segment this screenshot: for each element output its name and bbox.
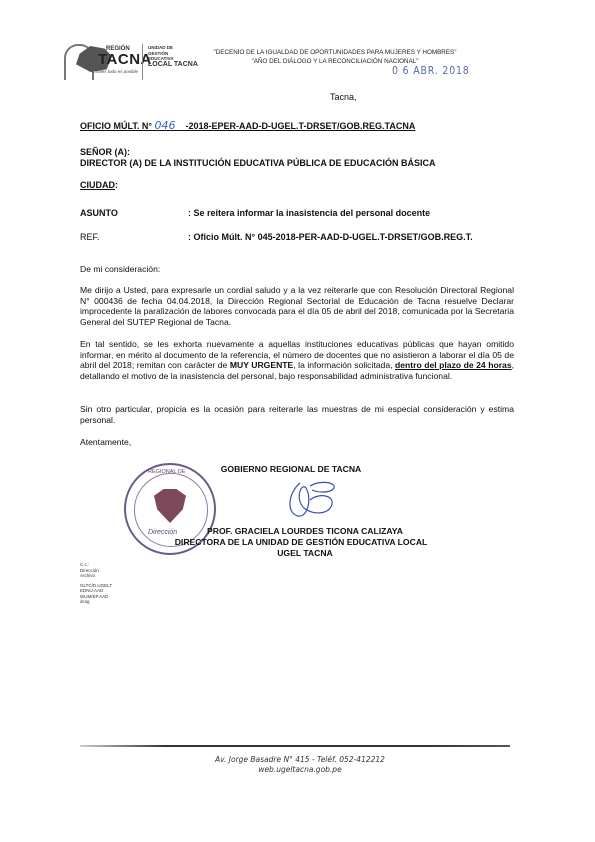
- paragraph-3: Sin otro particular, propicia es la ocas…: [80, 404, 514, 425]
- ugel-logo-text: UNIDAD DE GESTIÓN EDUCATIVA LOCAL TACNA: [148, 45, 198, 67]
- logo-name: TACNA: [98, 51, 152, 68]
- initials-line: dcsg: [80, 599, 112, 605]
- region-tacna-logo: REGIÓN TACNA Límites todo es posible UNI…: [62, 42, 202, 82]
- recipient: DIRECTOR (A) DE LA INSTITUCIÓN EDUCATIVA…: [80, 158, 436, 168]
- paragraph-1: Me dirijo a Usted, para expresarle un co…: [80, 285, 514, 327]
- city-label: CIUDAD: [80, 180, 115, 190]
- signatory-name: PROF. GRACIELA LOURDES TICONA CALIZAYA: [190, 526, 420, 536]
- footer-address: Av. Jorge Basadre N° 415 - Teléf. 052-41…: [200, 755, 400, 765]
- copies-block: C.c.: Dirección Archivo GLTC/D.UGELT EDN…: [80, 562, 112, 605]
- seal-word: Dirección: [148, 529, 177, 536]
- asunto-value: : Se reitera informar la inasistencia de…: [188, 208, 430, 218]
- logo-divider: [142, 44, 143, 80]
- recipient-title: SEÑOR (A):: [80, 147, 130, 157]
- asunto-label: ASUNTO: [80, 208, 118, 218]
- logo-tagline: Límites todo es posible: [92, 69, 138, 74]
- footer-website: web.ugeltacna.gob.pe: [200, 765, 400, 775]
- closing: Atentamente,: [80, 437, 131, 447]
- p2-urgent: MUY URGENTE: [230, 360, 293, 370]
- oficio-suffix: -2018-EPER-AAD-D-UGEL.T-DRSET/GOB.REG.TA…: [185, 121, 415, 131]
- footer: Av. Jorge Basadre N° 415 - Teléf. 052-41…: [200, 755, 400, 775]
- motto-line: "DECENIO DE LA IGUALDAD DE OPORTUNIDADES…: [200, 48, 470, 57]
- signatory-unit: UGEL TACNA: [190, 548, 420, 558]
- footer-divider: [80, 745, 510, 747]
- greeting: De mi consideración:: [80, 264, 160, 274]
- city-label-line: CIUDAD:: [80, 180, 118, 190]
- signature-institution: GOBIERNO REGIONAL DE TACNA: [176, 464, 406, 474]
- received-date-stamp: 0 6 ABR. 2018: [392, 64, 470, 77]
- city-date: Tacna,: [330, 92, 357, 102]
- ref-label: REF.: [80, 232, 100, 242]
- ugel-line: LOCAL TACNA: [148, 62, 198, 68]
- oficio-prefix: OFICIO MÚLT. N°: [80, 121, 152, 131]
- city-colon: :: [115, 180, 118, 190]
- p2-text: , la información solicitada,: [293, 360, 395, 370]
- p2-deadline: dentro del plazo de 24 horas: [395, 360, 512, 370]
- oficio-number: OFICIO MÚLT. N° 046 -2018-EPER-AAD-D-UGE…: [80, 119, 415, 132]
- handwritten-signature-icon: [280, 478, 340, 523]
- ref-value: : Oficio Múlt. N° 045-2018-PER-AAD-D-UGE…: [188, 232, 473, 242]
- paragraph-2: En tal sentido, se les exhorta nuevament…: [80, 339, 514, 381]
- signatory-position: DIRECTORA DE LA UNIDAD DE GESTIÓN EDUCAT…: [166, 537, 436, 547]
- oficio-handwritten-number: 046: [154, 119, 175, 132]
